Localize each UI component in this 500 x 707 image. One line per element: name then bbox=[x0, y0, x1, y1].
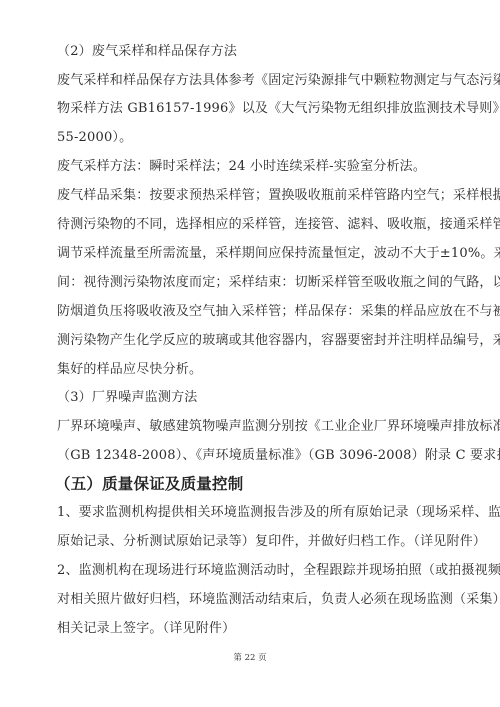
paragraph-line: 废气采样和样品保存方法具体参考《固定污染源排气中颗粒物测定与气态污染 bbox=[57, 73, 500, 89]
subheading-waste-gas-sampling: （2）废气采样和样品保存方法 bbox=[57, 44, 237, 60]
paragraph-line: 1、要求监测机构提供相关环境监测报告涉及的所有原始记录（现场采样、监测 bbox=[57, 505, 500, 521]
paragraph-line: 2、监测机构在现场进行环境监测活动时，全程跟踪并现场拍照（或拍摄视频）， bbox=[57, 563, 500, 579]
subheading-noise-monitoring: （3）厂界噪声监测方法 bbox=[57, 390, 197, 406]
paragraph-line: 物采样方法 GB16157-1996》以及《大气污染物无组织排放监测技术导则》（… bbox=[57, 101, 500, 117]
paragraph-line: 集好的样品应尽快分析。 bbox=[57, 362, 202, 378]
page-number: 第 22 页 bbox=[0, 651, 500, 663]
document-page: （2）废气采样和样品保存方法 废气采样和样品保存方法具体参考《固定污染源排气中颗… bbox=[0, 0, 500, 707]
paragraph-line: （GB 12348-2008）、《声环境质量标准》（GB 3096-2008）附… bbox=[57, 448, 500, 464]
paragraph-line: 待测污染物的不同，选择相应的采样管，连接管、滤料、吸收瓶，接通采样管路， bbox=[57, 217, 500, 233]
paragraph-line: 测污染物产生化学反应的玻璃或其他容器内，容器要密封并注明样品编号，采 bbox=[57, 333, 500, 349]
paragraph-line: 废气采样方法：瞬时采样法；24 小时连续采样-实验室分析法。 bbox=[57, 159, 426, 175]
paragraph-line: 防烟道负压将吸收液及空气抽入采样管；样品保存：采集的样品应放在不与被 bbox=[57, 304, 500, 320]
paragraph-line: 调节采样流量至所需流量，采样期间应保持流量恒定，波动不大于±10%。采样时 bbox=[57, 246, 500, 262]
paragraph-line: 原始记录、分析测试原始记录等）复印件，并做好归档工作。（详见附件） bbox=[57, 534, 486, 550]
paragraph-line: 间：视待测污染物浓度而定；采样结束：切断采样管至吸收瓶之间的气路，以 bbox=[57, 275, 500, 291]
section-heading-quality-control: （五）质量保证及质量控制 bbox=[55, 476, 243, 492]
paragraph-line: 废气样品采集：按要求预热采样管；置换吸收瓶前采样管路内空气；采样根据 bbox=[57, 188, 500, 204]
paragraph-line: 55-2000）。 bbox=[57, 130, 132, 146]
paragraph-line: 厂界环境噪声、敏感建筑物噪声监测分别按《工业企业厂界环境噪声排放标准》 bbox=[57, 419, 500, 435]
paragraph-line: 相关记录上签字。（详见附件） bbox=[57, 621, 235, 637]
paragraph-line: 对相关照片做好归档，环境监测活动结束后，负责人必须在现场监测（采集） bbox=[57, 592, 500, 608]
